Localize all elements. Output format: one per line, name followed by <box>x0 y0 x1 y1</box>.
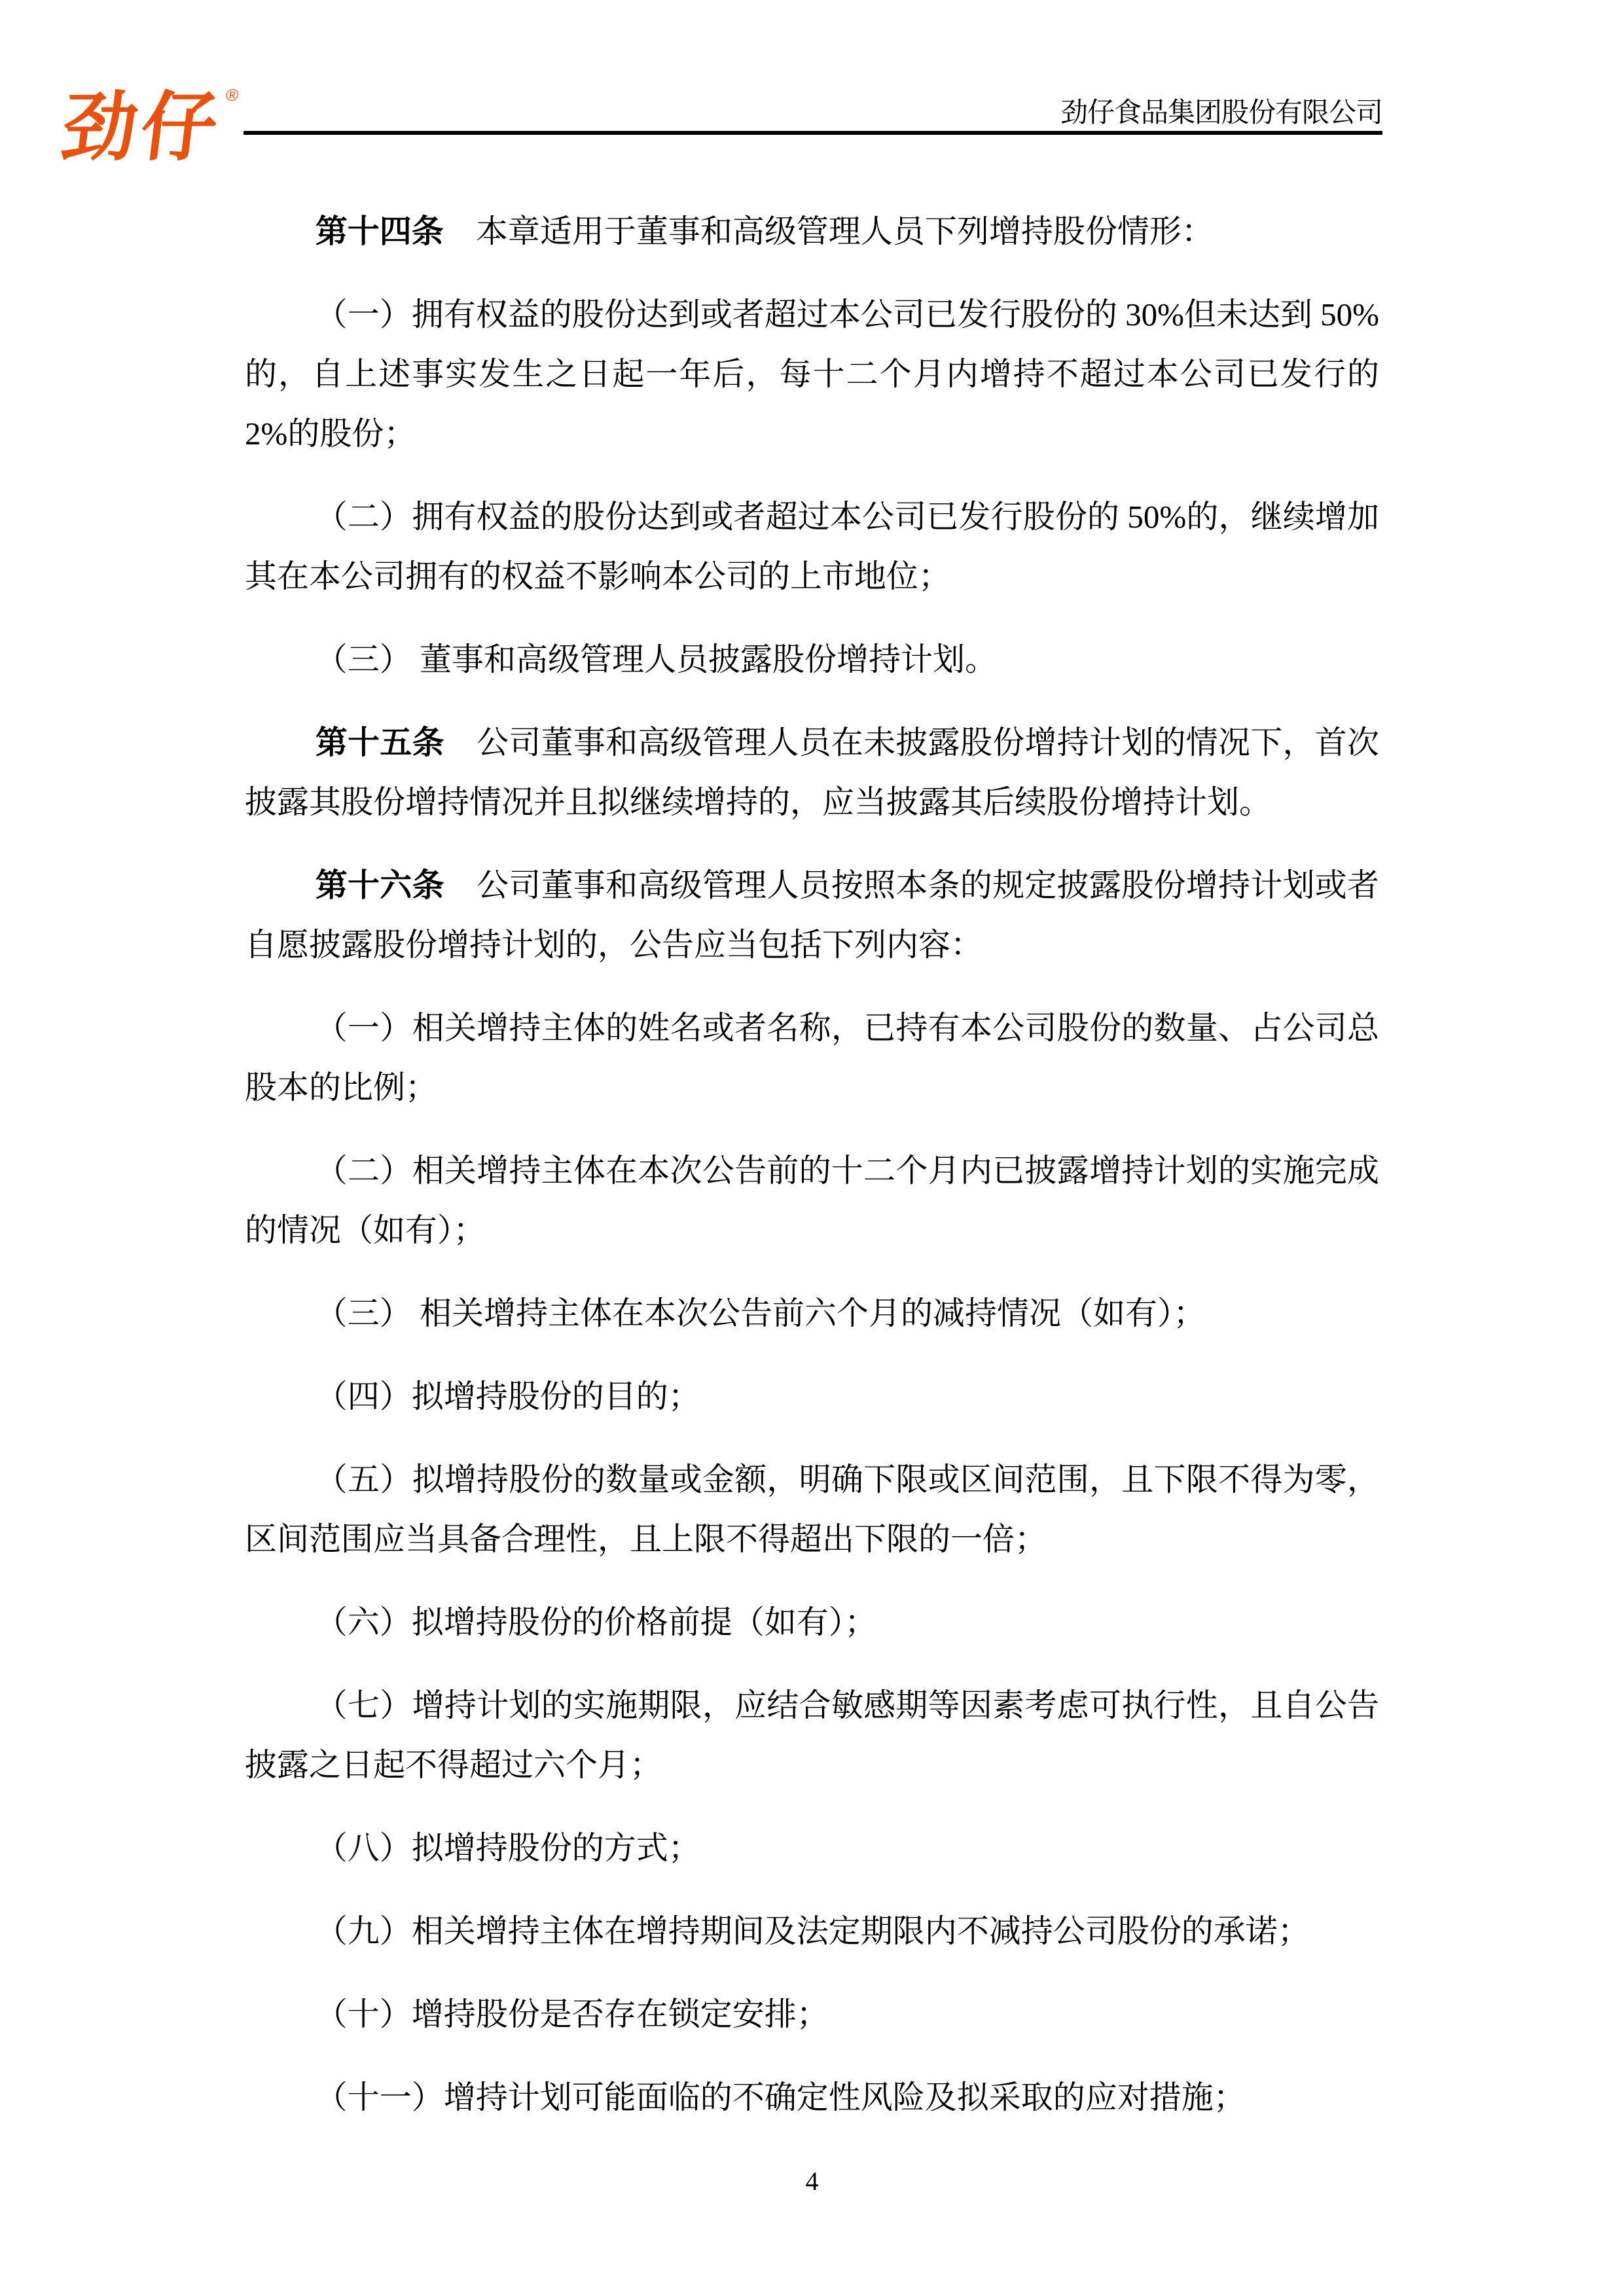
paragraph: （八）拟增持股份的方式； <box>245 1818 1379 1878</box>
paragraph: （二）拥有权益的股份达到或者超过本公司已发行股份的 50%的，继续增加其在本公司… <box>245 487 1379 606</box>
paragraph-text: 本章适用于董事和高级管理人员下列增持股份情形： <box>476 213 1214 249</box>
paragraph: （十一）增持计划可能面临的不确定性风险及拟采取的应对措施； <box>245 2068 1379 2127</box>
paragraph: 第十四条本章适用于董事和高级管理人员下列增持股份情形： <box>245 202 1379 261</box>
registered-trademark-icon: ® <box>225 86 244 103</box>
paragraph-text: （二）拥有权益的股份达到或者超过本公司已发行股份的 50%的，继续增加其在本公司… <box>245 499 1379 594</box>
paragraph-text: （二）相关增持主体在本次公告前的十二个月内已披露增持计划的实施完成的情况（如有）… <box>245 1153 1379 1248</box>
paragraph: （三） 相关增持主体在本次公告前六个月的减持情况（如有）； <box>245 1283 1379 1343</box>
paragraph-text: （五）拟增持股份的数量或金额，明确下限或区间范围，且下限不得为零，区间范围应当具… <box>245 1462 1379 1557</box>
paragraph: （一）拥有权益的股份达到或者超过本公司已发行股份的 30%但未达到 50%的，自… <box>245 285 1379 463</box>
article-number: 第十五条 <box>316 725 477 761</box>
paragraph-text: （四）拟增持股份的目的； <box>316 1378 700 1414</box>
paragraph: （十）增持股份是否存在锁定安排； <box>245 1984 1379 2044</box>
paragraph-text: （一）拥有权益的股份达到或者超过本公司已发行股份的 30%但未达到 50%的，自… <box>245 296 1379 452</box>
paragraph-text: （十一）增持计划可能面临的不确定性风险及拟采取的应对措施； <box>316 2079 1246 2115</box>
header-divider <box>244 131 1382 135</box>
paragraph: （三） 董事和高级管理人员披露股份增持计划。 <box>245 630 1379 689</box>
paragraph-text: （三） 董事和高级管理人员披露股份增持计划。 <box>316 641 997 677</box>
paragraph: （四）拟增持股份的目的； <box>245 1367 1379 1426</box>
paragraph-text: （六）拟增持股份的价格前提（如有）； <box>316 1604 877 1640</box>
paragraph: （九）相关增持主体在增持期间及法定期限内不减持公司股份的承诺； <box>245 1901 1379 1961</box>
paragraph-text: （八）拟增持股份的方式； <box>316 1830 700 1866</box>
company-logo: 劲仔® <box>58 90 243 166</box>
paragraph: （六）拟增持股份的价格前提（如有）； <box>245 1592 1379 1652</box>
paragraph: （七）增持计划的实施期限，应结合敏感期等因素考虑可执行性，且自公告披露之日起不得… <box>245 1676 1379 1795</box>
article-number: 第十六条 <box>316 867 477 903</box>
paragraph: 第十五条公司董事和高级管理人员在未披露股份增持计划的情况下，首次披露其股份增持情… <box>245 713 1379 832</box>
page-number: 4 <box>0 2168 1624 2195</box>
article-number: 第十四条 <box>316 213 476 249</box>
header-company-name: 劲仔食品集团股份有限公司 <box>1060 98 1382 128</box>
paragraph-text: （九）相关增持主体在增持期间及法定期限内不减持公司股份的承诺； <box>316 1913 1310 1949</box>
paragraph: 第十六条公司董事和高级管理人员按照本条的规定披露股份增持计划或者自愿披露股份增持… <box>245 855 1379 975</box>
document-page: { "page": { "number": "4" }, "header": {… <box>0 0 1624 2296</box>
paragraph-text: （一）相关增持主体的姓名或者名称，已持有本公司股份的数量、占公司总股本的比例； <box>245 1010 1379 1105</box>
paragraph: （二）相关增持主体在本次公告前的十二个月内已披露增持计划的实施完成的情况（如有）… <box>245 1141 1379 1260</box>
paragraph-text: （七）增持计划的实施期限，应结合敏感期等因素考虑可执行性，且自公告披露之日起不得… <box>245 1687 1379 1783</box>
paragraph-text: （三） 相关增持主体在本次公告前六个月的减持情况（如有）； <box>316 1295 1206 1331</box>
paragraph: （五）拟增持股份的数量或金额，明确下限或区间范围，且下限不得为零，区间范围应当具… <box>245 1450 1379 1569</box>
document-body: 第十四条本章适用于董事和高级管理人员下列增持股份情形： （一）拥有权益的股份达到… <box>245 202 1379 2151</box>
logo-text: 劲仔 <box>57 86 226 170</box>
paragraph: （一）相关增持主体的姓名或者名称，已持有本公司股份的数量、占公司总股本的比例； <box>245 998 1379 1117</box>
paragraph-text: （十）增持股份是否存在锁定安排； <box>316 1996 829 2032</box>
